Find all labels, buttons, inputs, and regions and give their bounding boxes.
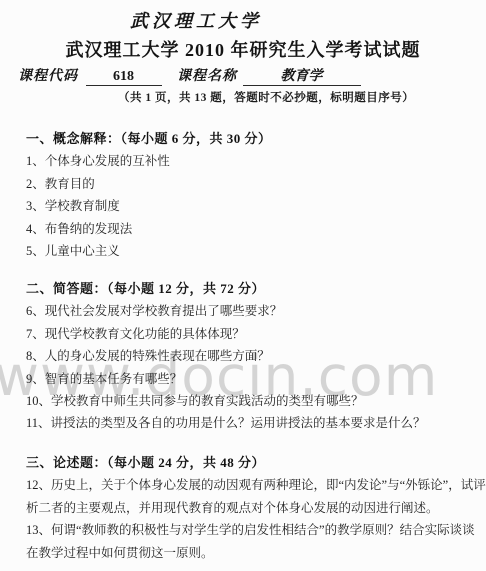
- question-10: 10、学校教育中师生共同参与的教育实践活动的类型有哪些？: [26, 390, 486, 412]
- question-12: 12、历史上，关于个体身心发展的动因观有两种理论，即“内发论”与“外铄论”，试评…: [26, 474, 486, 519]
- question-5: 5、儿童中心主义: [26, 240, 486, 262]
- course-code-label: 课程代码: [18, 69, 78, 84]
- course-code-value: 618: [86, 68, 162, 86]
- question-1: 1、个体身心发展的互补性: [26, 150, 486, 172]
- section-short-answer: 二、简答题：（每小题 12 分，共 72 分） 6、现代社会发展对学校教育提出了…: [26, 278, 486, 435]
- question-3: 3、学校教育制度: [26, 195, 486, 217]
- course-name-label: 课程名称: [177, 69, 237, 84]
- question-11: 11、讲授法的类型及各自的功用是什么？运用讲授法的基本要求是什么？: [26, 412, 486, 434]
- course-name-value: 教育学: [243, 68, 361, 86]
- section-heading: 二、简答题：（每小题 12 分，共 72 分）: [26, 278, 486, 300]
- exam-note: （共 1 页，共 13 题，答题时不必抄题，标明题目序号）: [118, 89, 414, 105]
- section-concept-definitions: 一、概念解释：（每小题 6 分，共 30 分） 1、个体身心发展的互补性 2、教…: [26, 128, 486, 262]
- question-2: 2、教育目的: [26, 173, 486, 195]
- question-9: 9、智育的基本任务有哪些？: [26, 368, 486, 390]
- school-name: 武汉理工大学: [0, 7, 439, 33]
- course-info-line: 课程代码 618 课程名称 教育学: [18, 65, 361, 86]
- question-8: 8、人的身心发展的特殊性表现在哪些方面？: [26, 345, 486, 367]
- question-7: 7、现代学校教育文化功能的具体体现？: [26, 323, 486, 345]
- section-essay: 三、论述题：（每小题 24 分，共 48 分） 12、历史上，关于个体身心发展的…: [26, 452, 486, 564]
- question-4: 4、布鲁纳的发现法: [26, 218, 486, 240]
- exam-title: 武汉理工大学 2010 年研究生入学考试试题: [0, 36, 486, 62]
- section-heading: 三、论述题：（每小题 24 分，共 48 分）: [26, 452, 486, 474]
- question-6: 6、现代社会发展对学校教育提出了哪些要求？: [26, 300, 486, 322]
- exam-paper-page: www.docin.com 武汉理工大学 武汉理工大学 2010 年研究生入学考…: [0, 0, 486, 571]
- section-heading: 一、概念解释：（每小题 6 分，共 30 分）: [26, 128, 486, 150]
- question-13: 13、何谓“教师教的积极性与对学生学的启发性相结合”的教学原则？结合实际谈谈在教…: [26, 519, 486, 564]
